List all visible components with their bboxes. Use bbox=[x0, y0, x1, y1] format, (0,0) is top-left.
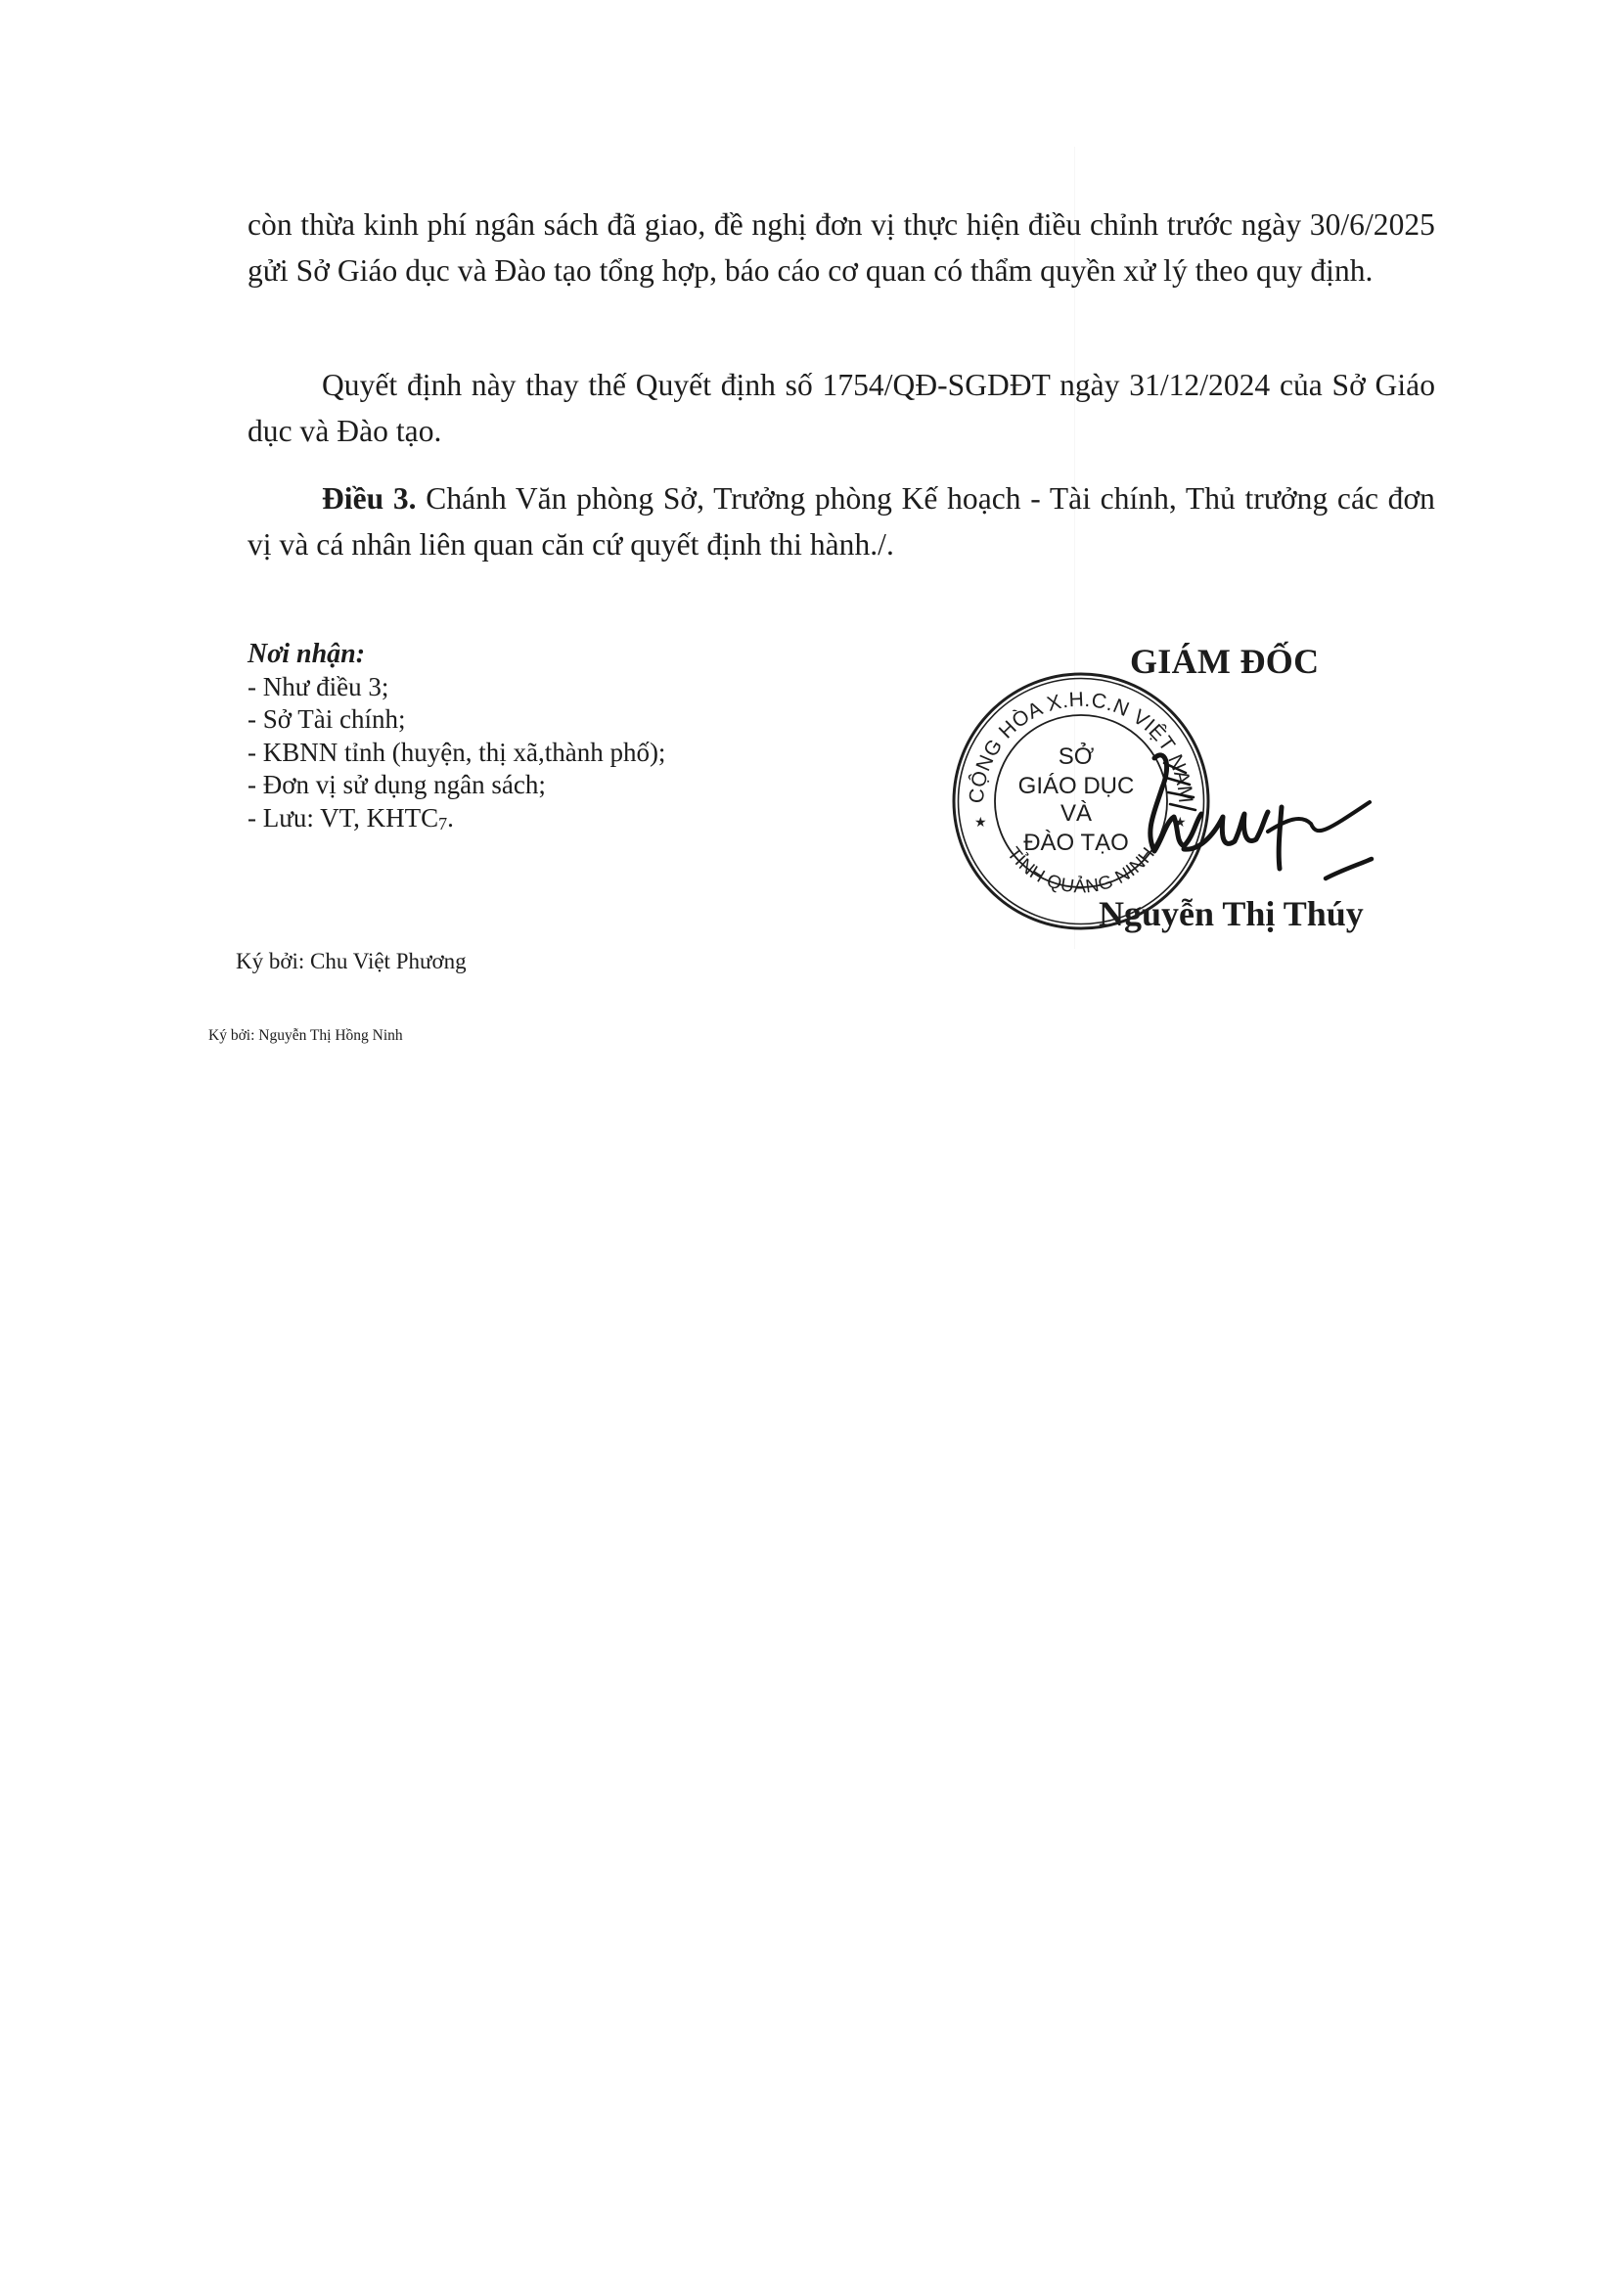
paragraph-article-3-body: Điều 3. Chánh Văn phòng Sở, Trưởng phòng… bbox=[248, 475, 1435, 567]
archive-subscript: 7 bbox=[438, 814, 447, 833]
paragraph-budget-adjustment: còn thừa kinh phí ngân sách đã giao, đề … bbox=[248, 202, 1435, 293]
recipient-item: - Như điều 3; bbox=[248, 671, 665, 704]
archive-label: - Lưu: VT, KHTC bbox=[248, 803, 438, 833]
recipient-item-archive: - Lưu: VT, KHTC7. bbox=[248, 802, 665, 841]
stamp-center-line: VÀ bbox=[1060, 800, 1092, 827]
recipient-item: - Sở Tài chính; bbox=[248, 703, 665, 737]
paragraph-text: Chánh Văn phòng Sở, Trưởng phòng Kế hoạc… bbox=[248, 481, 1435, 562]
paragraph-article-3: Điều 3. Chánh Văn phòng Sở, Trưởng phòng… bbox=[248, 475, 1435, 567]
paragraph-text: Quyết định này thay thế Quyết định số 17… bbox=[248, 362, 1435, 454]
document-page: còn thừa kinh phí ngân sách đã giao, đề … bbox=[0, 0, 1623, 2296]
stamp-star-left: ★ bbox=[974, 815, 987, 831]
recipients-title: Nơi nhận: bbox=[248, 638, 665, 671]
recipient-item: - KBNN tỉnh (huyện, thị xã,thành phố); bbox=[248, 737, 665, 770]
recipient-item: - Đơn vị sử dụng ngân sách; bbox=[248, 769, 665, 802]
digital-signature-2: Ký bởi: Nguyễn Thị Hồng Ninh bbox=[208, 1027, 403, 1045]
stamp-center-line: SỞ bbox=[1059, 742, 1095, 770]
paragraph-replacement-decision: Quyết định này thay thế Quyết định số 17… bbox=[248, 362, 1435, 454]
archive-suffix: . bbox=[447, 803, 454, 833]
article-3-heading: Điều 3. bbox=[322, 481, 417, 516]
digital-signature-1: Ký bởi: Chu Việt Phương bbox=[236, 949, 467, 974]
stamp-center-line: GIÁO DỤC bbox=[1018, 773, 1135, 799]
stamp-center-line: ĐÀO TẠO bbox=[1023, 830, 1129, 856]
recipients-block: Nơi nhận: - Như điều 3; - Sở Tài chính; … bbox=[248, 638, 665, 841]
handwritten-signature bbox=[1125, 743, 1379, 900]
paragraph-text: còn thừa kinh phí ngân sách đã giao, đề … bbox=[248, 202, 1435, 293]
